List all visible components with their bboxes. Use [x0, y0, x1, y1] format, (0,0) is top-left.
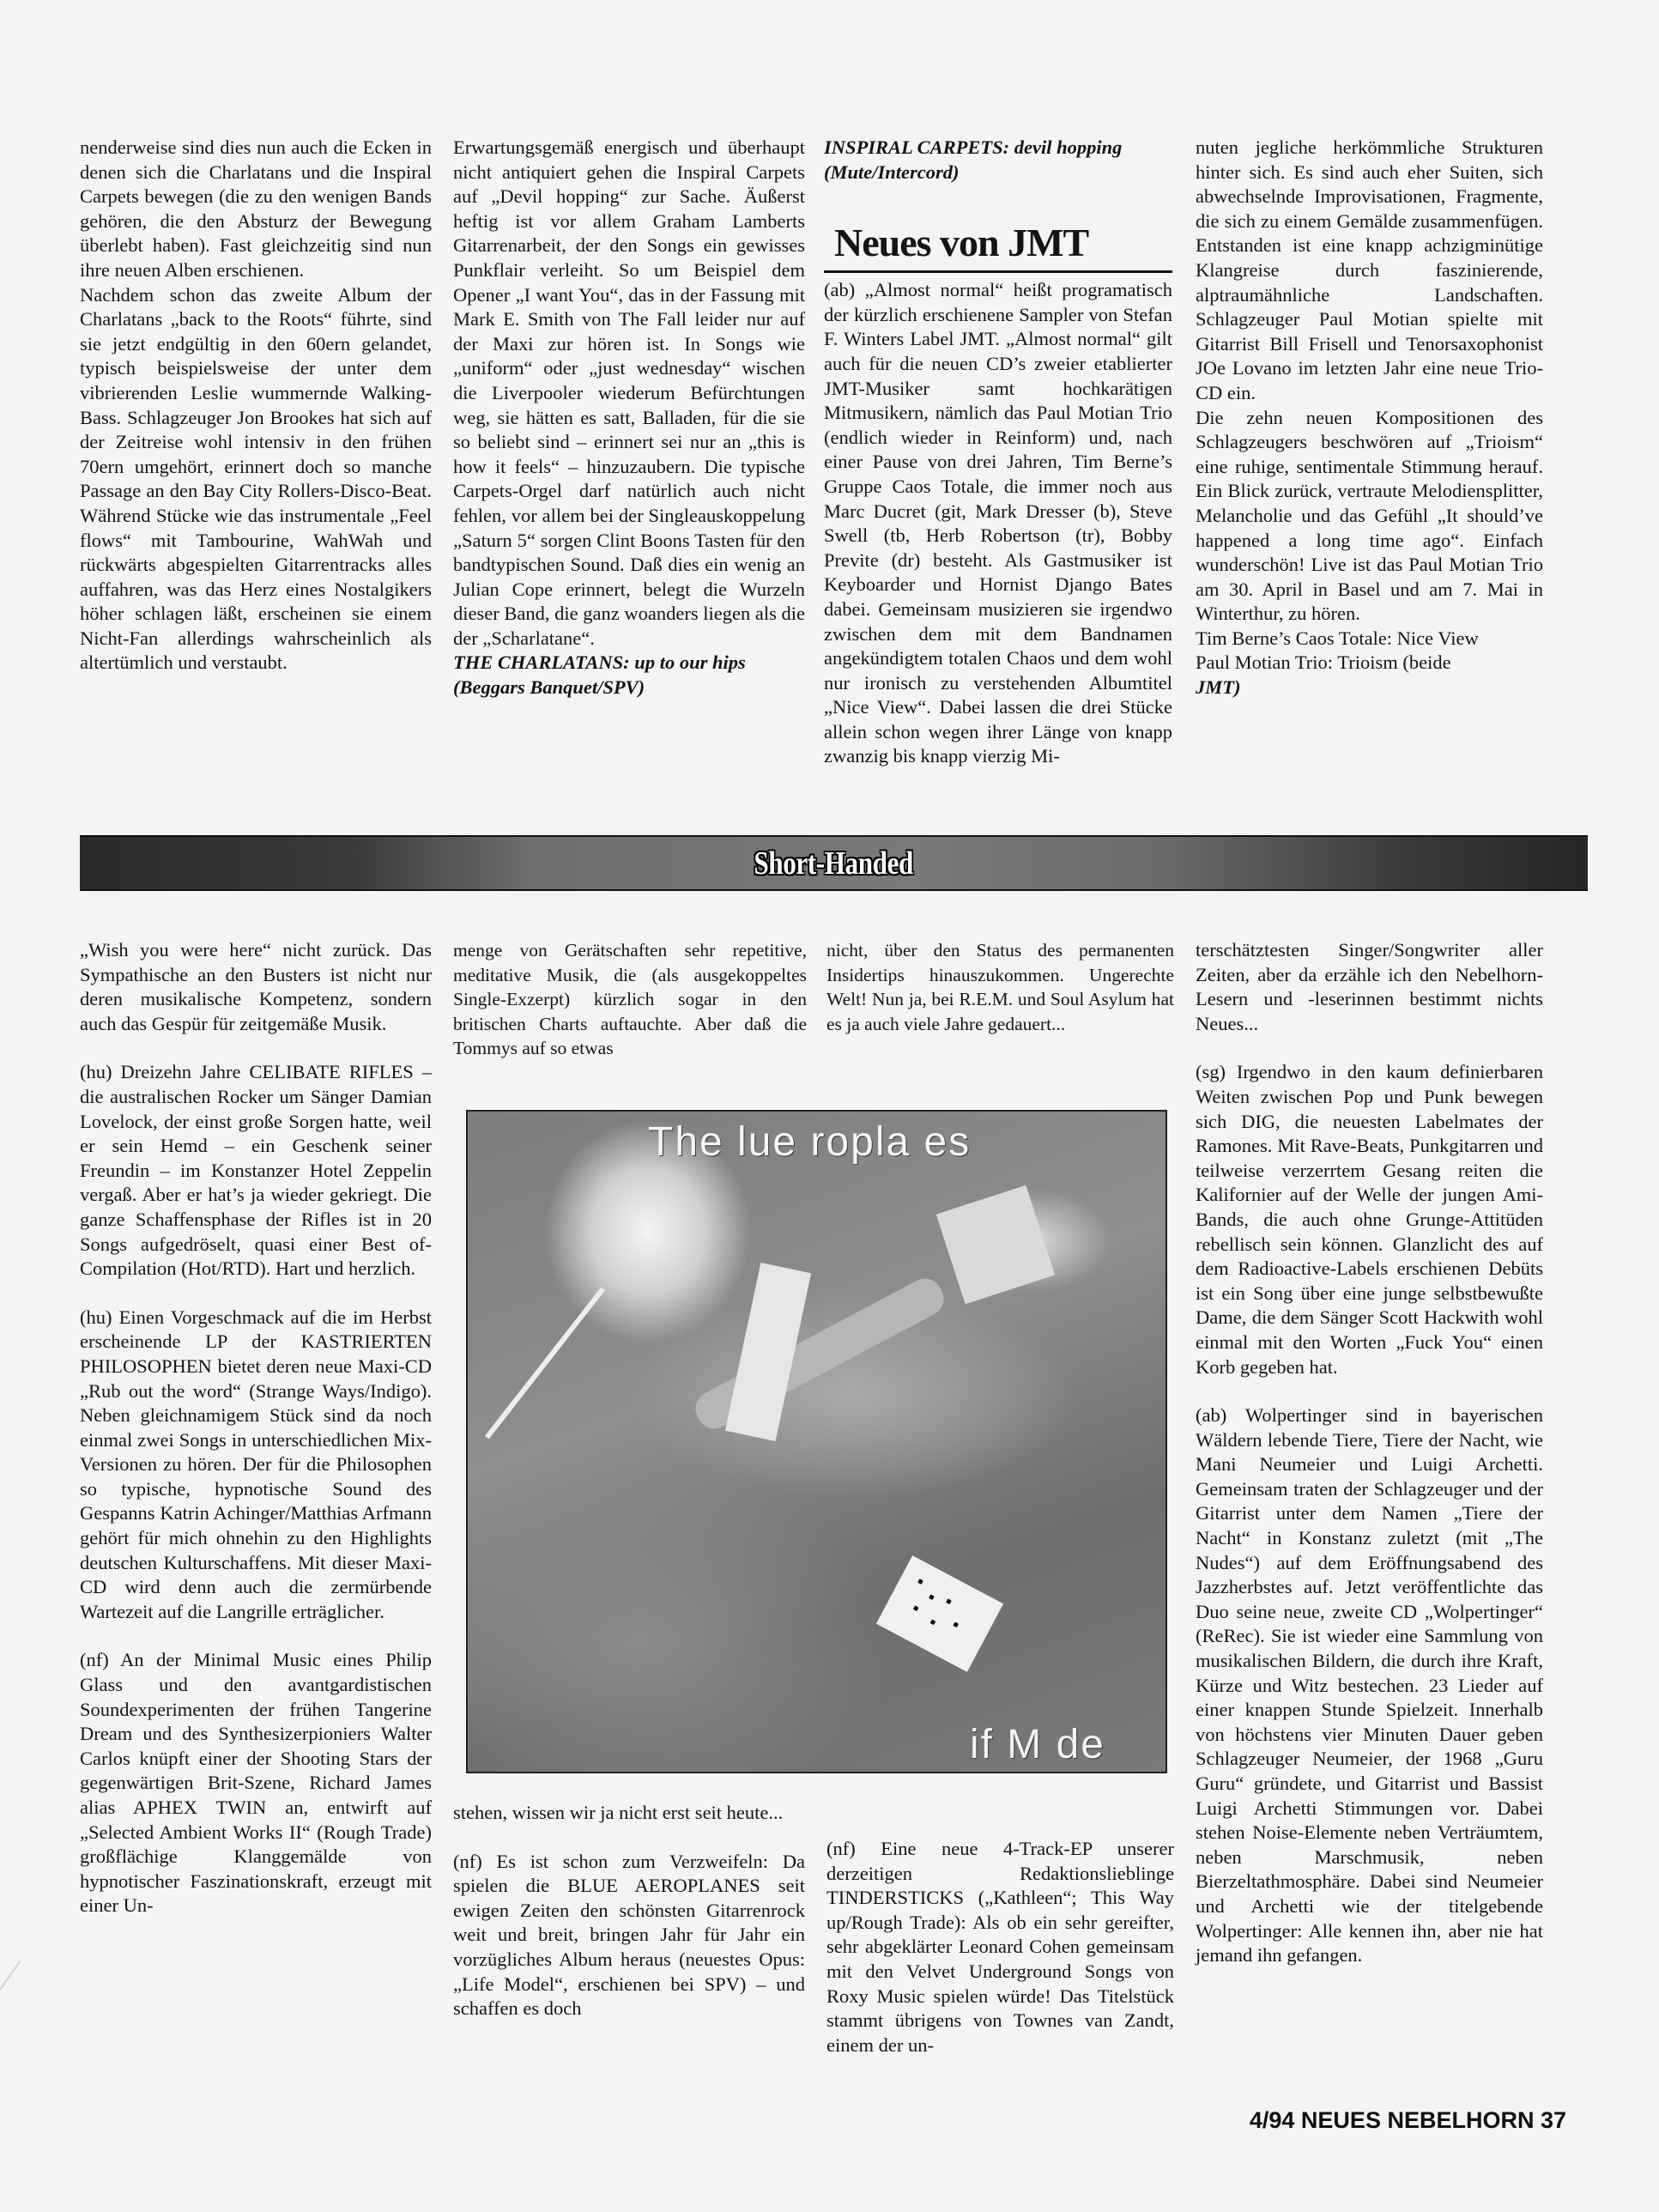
review-item: (nf) Es ist schon zum Verzweifeln: Da sp… [453, 1850, 805, 2021]
cover-album-title: if M de [970, 1721, 1105, 1768]
shorts-column-2-top: menge von Gerätschaften sehr repetitive,… [453, 938, 807, 1061]
section-banner: Short-Handed [80, 835, 1588, 891]
shorts-column-4: terschätztesten Singer/Songwriter aller … [1196, 938, 1543, 1968]
shorts-column-1: „Wish you were here“ nicht zurück. Das S… [80, 938, 432, 1918]
review-item: (hu) Einen Vorgeschmack auf die im Herbs… [80, 1306, 432, 1625]
playing-card [876, 1555, 1003, 1672]
paragraph: (ab) „Almost normal“ heißt programatisch… [824, 278, 1172, 769]
article-headline: Neues von JMT [824, 219, 1172, 273]
review-item: (ab) Wolpertinger sind in bayerischen Wä… [1196, 1403, 1543, 1968]
paragraph: „Wish you were here“ nicht zurück. Das S… [80, 938, 432, 1036]
paragraph: nuten jegliche herkömmliche Strukturen h… [1196, 136, 1543, 406]
paragraph: Tim Berne’s Caos Totale: Nice View [1196, 627, 1543, 651]
label-credit: JMT) [1196, 676, 1543, 700]
article-column-4: nuten jegliche herkömmliche Strukturen h… [1196, 136, 1543, 700]
section-title: Short-Handed [754, 845, 914, 882]
article-column-3: INSPIRAL CARPETS: devil hopping (Mute/In… [824, 136, 1172, 769]
paragraph: nenderweise sind dies nun auch die Ecken… [80, 136, 432, 283]
review-item: (nf) An der Minimal Music eines Philip G… [80, 1648, 432, 1918]
paragraph: Erwartungsgemäß energisch und überhaupt … [453, 136, 805, 651]
shorts-column-3-top: nicht, über den Status des permanenten I… [826, 938, 1174, 1036]
paragraph: menge von Gerätschaften sehr repetitive,… [453, 938, 807, 1061]
paragraph: Paul Motian Trio: Trioism (beide [1196, 651, 1543, 676]
album-cover-image: The lue ropla es if M de [466, 1110, 1167, 1773]
article-column-2: Erwartungsgemäß energisch und überhaupt … [453, 136, 805, 700]
review-item: (nf) Eine neue 4-Track-EP unserer derzei… [826, 1837, 1174, 2057]
playing-card [936, 1185, 1056, 1305]
album-credit: THE CHARLATANS: up to our hips (Beggars … [453, 651, 805, 700]
paragraph: Die zehn neuen Kompositionen des Schlagz… [1196, 406, 1543, 627]
paragraph: Nachdem schon das zweite Album der Charl… [80, 283, 432, 676]
cue-stick [485, 1287, 605, 1439]
article-column-1: nenderweise sind dies nun auch die Ecken… [80, 136, 432, 676]
cover-band-name: The lue ropla es [648, 1118, 971, 1166]
shorts-column-3-bottom: (nf) Eine neue 4-Track-EP unserer derzei… [826, 1837, 1174, 2057]
page-folio: 4/94 NEUES NEBELHORN 37 [1250, 2107, 1566, 2134]
paragraph: stehen, wissen wir ja nicht erst seit he… [453, 1801, 805, 1826]
paragraph: terschätztesten Singer/Songwriter aller … [1196, 938, 1543, 1036]
shorts-column-2-bottom: stehen, wissen wir ja nicht erst seit he… [453, 1801, 805, 2021]
pencil-mark [0, 1960, 42, 2004]
review-item: (hu) Dreizehn Jahre CELIBATE RIFLES – di… [80, 1060, 432, 1281]
review-item: (sg) Irgendwo in den kaum definierbaren … [1196, 1060, 1543, 1379]
album-credit: INSPIRAL CARPETS: devil hopping (Mute/In… [824, 136, 1172, 185]
paragraph: nicht, über den Status des permanenten I… [826, 938, 1174, 1036]
